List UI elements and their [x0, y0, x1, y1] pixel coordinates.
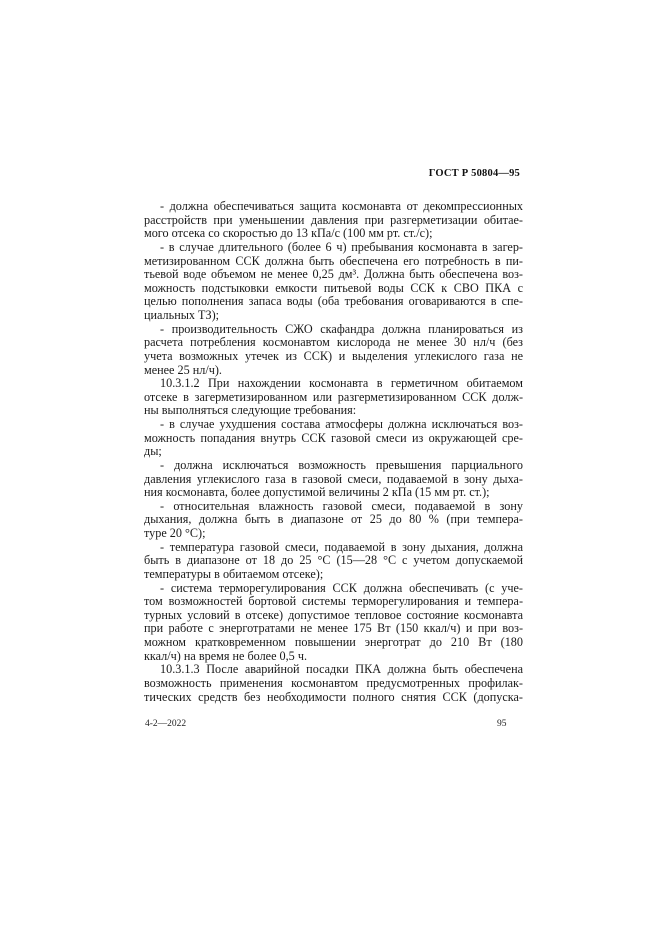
- text-line: турных условий в отсеке) допустимое тепл…: [144, 609, 523, 623]
- text-line: 10.3.1.3 После аварийной посадки ПКА дол…: [144, 663, 523, 677]
- text-line: можность попадания внутрь ССК газовой см…: [144, 432, 523, 446]
- text-line: ния космонавта, более допустимой величин…: [144, 486, 523, 500]
- text-line: ды;: [144, 445, 523, 459]
- text-line: - в случае длительного (более 6 ч) пребы…: [144, 241, 523, 255]
- text-line: отсеке в загерметизированном или разгерм…: [144, 391, 523, 405]
- document-page: ГОСТ Р 50804—95 - должна обеспечиваться …: [0, 0, 661, 935]
- text-line: температуры в обитаемом отсеке);: [144, 568, 523, 582]
- text-line: тических средств без необходимости полно…: [144, 691, 523, 705]
- body-text: - должна обеспечиваться защита космонавт…: [144, 200, 523, 704]
- text-line: возможность применения космонавтом преду…: [144, 677, 523, 691]
- text-line: - система терморегулирования ССК должна …: [144, 582, 523, 596]
- text-line: давления углекислого газа в газовой смес…: [144, 473, 523, 487]
- text-line: можность подстыковки емкости питьевой во…: [144, 282, 523, 296]
- footer-print-code: 4-2—2022: [145, 719, 186, 729]
- page-number: 95: [497, 719, 507, 729]
- text-line: дыхания, должна быть в диапазоне от 25 д…: [144, 513, 523, 527]
- text-line: - относительная влажность газовой смеси,…: [144, 500, 523, 514]
- text-line: целью пополнения запаса воды (оба требов…: [144, 295, 523, 309]
- text-line: - должна исключаться возможность превыше…: [144, 459, 523, 473]
- standard-header: ГОСТ Р 50804—95: [429, 168, 520, 179]
- text-line: расстройств при уменьшении давления при …: [144, 214, 523, 228]
- text-line: циальных ТЗ);: [144, 309, 523, 323]
- text-line: - должна обеспечиваться защита космонавт…: [144, 200, 523, 214]
- text-line: тьевой воде объемом не менее 0,25 дм³. Д…: [144, 268, 523, 282]
- text-line: учета возможных утечек из ССК) и выделен…: [144, 350, 523, 364]
- text-line: менее 25 нл/ч).: [144, 364, 523, 378]
- text-line: быть в диапазоне от 18 до 25 °С (15—28 °…: [144, 554, 523, 568]
- text-line: - в случае ухудшения состава атмосферы д…: [144, 418, 523, 432]
- text-line: туре 20 °С);: [144, 527, 523, 541]
- text-line: расчета потребления космонавтом кислород…: [144, 336, 523, 350]
- text-line: метизированном ССК должна быть обеспечен…: [144, 255, 523, 269]
- text-line: - температура газовой смеси, подаваемой …: [144, 541, 523, 555]
- text-line: - производительность СЖО скафандра должн…: [144, 323, 523, 337]
- text-line: ккал/ч) на время не более 0,5 ч.: [144, 650, 523, 664]
- text-line: 10.3.1.2 При нахождении космонавта в гер…: [144, 377, 523, 391]
- text-line: том возможностей бортовой системы термор…: [144, 595, 523, 609]
- text-line: можном кратковременном повышении энергот…: [144, 636, 523, 650]
- text-line: ны выполняться следующие требования:: [144, 404, 523, 418]
- text-line: мого отсека со скоростью до 13 кПа/с (10…: [144, 227, 523, 241]
- text-line: при работе с энерготратами не менее 175 …: [144, 622, 523, 636]
